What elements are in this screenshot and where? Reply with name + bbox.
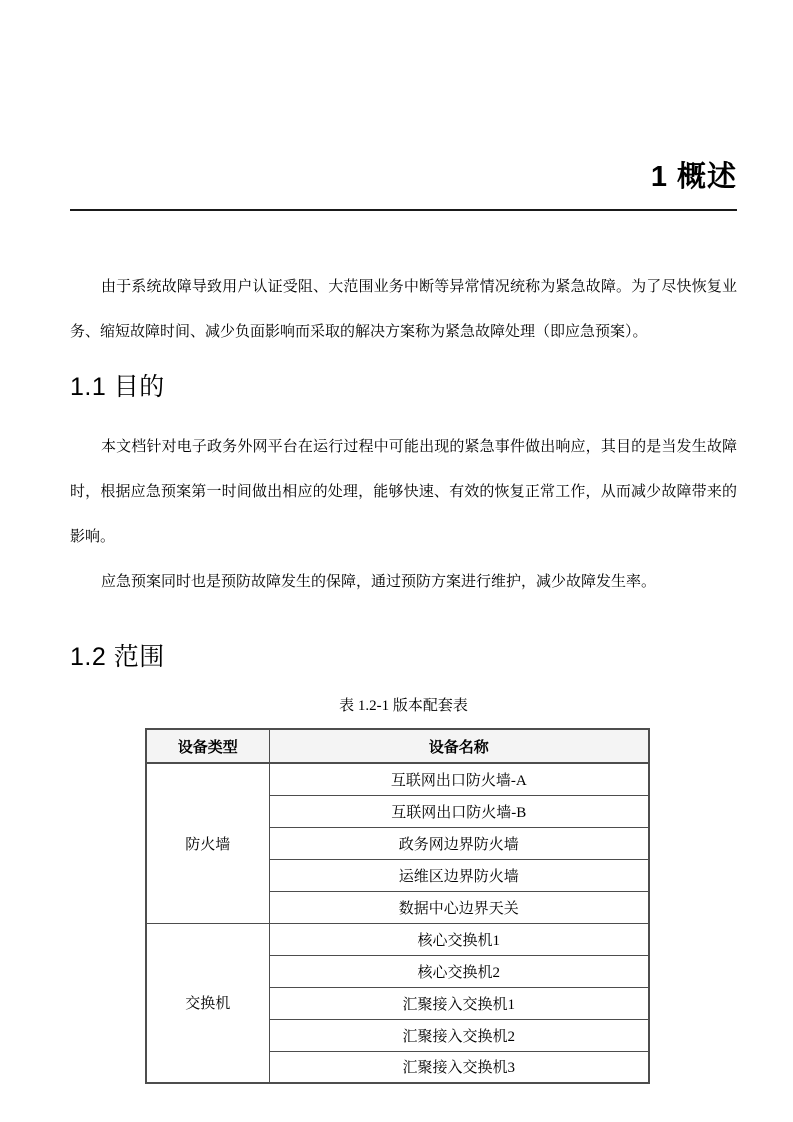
table-header-row: 设备类型 设备名称: [146, 729, 649, 763]
table-row: 交换机核心交换机1: [146, 923, 649, 955]
device-name-cell: 运维区边界防火墙: [269, 859, 649, 891]
device-table-body: 防火墙互联网出口防火墙-A互联网出口防火墙-B政务网边界防火墙运维区边界防火墙数…: [146, 763, 649, 1083]
section-1-1-body: 本文档针对电子政务外网平台在运行过程中可能出现的紧急事件做出响应，其目的是当发生…: [70, 424, 737, 604]
intro-paragraph: 由于系统故障导致用户认证受阻、大范围业务中断等异常情况统称为紧急故障。为了尽快恢…: [70, 264, 737, 354]
device-name-cell: 汇聚接入交换机2: [269, 1019, 649, 1051]
device-name-cell: 互联网出口防火墙-B: [269, 795, 649, 827]
section-1-1-paragraph: 本文档针对电子政务外网平台在运行过程中可能出现的紧急事件做出响应，其目的是当发生…: [70, 424, 737, 559]
device-name-cell: 汇聚接入交换机3: [269, 1051, 649, 1083]
device-table-head: 设备类型 设备名称: [146, 729, 649, 763]
chapter-heading: 1 概述: [70, 158, 737, 196]
table-caption: 表 1.2-1 版本配套表: [70, 696, 737, 716]
column-header-device-type: 设备类型: [146, 729, 269, 763]
device-name-cell: 核心交换机2: [269, 955, 649, 987]
document-page: 1 概述 由于系统故障导致用户认证受阻、大范围业务中断等异常情况统称为紧急故障。…: [0, 0, 793, 1122]
device-name-cell: 政务网边界防火墙: [269, 827, 649, 859]
heading-rule: [70, 209, 737, 211]
device-name-cell: 数据中心边界天关: [269, 891, 649, 923]
device-name-cell: 核心交换机1: [269, 923, 649, 955]
device-type-cell: 防火墙: [146, 763, 269, 923]
device-name-cell: 汇聚接入交换机1: [269, 987, 649, 1019]
section-title-1-1: 1.1 目的: [70, 370, 737, 404]
section-1-1-paragraph: 应急预案同时也是预防故障发生的保障，通过预防方案进行维护，减少故障发生率。: [70, 559, 737, 604]
device-name-cell: 互联网出口防火墙-A: [269, 763, 649, 795]
device-type-cell: 交换机: [146, 923, 269, 1083]
section-title-1-2: 1.2 范围: [70, 640, 737, 674]
device-table: 设备类型 设备名称 防火墙互联网出口防火墙-A互联网出口防火墙-B政务网边界防火…: [145, 728, 650, 1084]
table-row: 防火墙互联网出口防火墙-A: [146, 763, 649, 795]
column-header-device-name: 设备名称: [269, 729, 649, 763]
